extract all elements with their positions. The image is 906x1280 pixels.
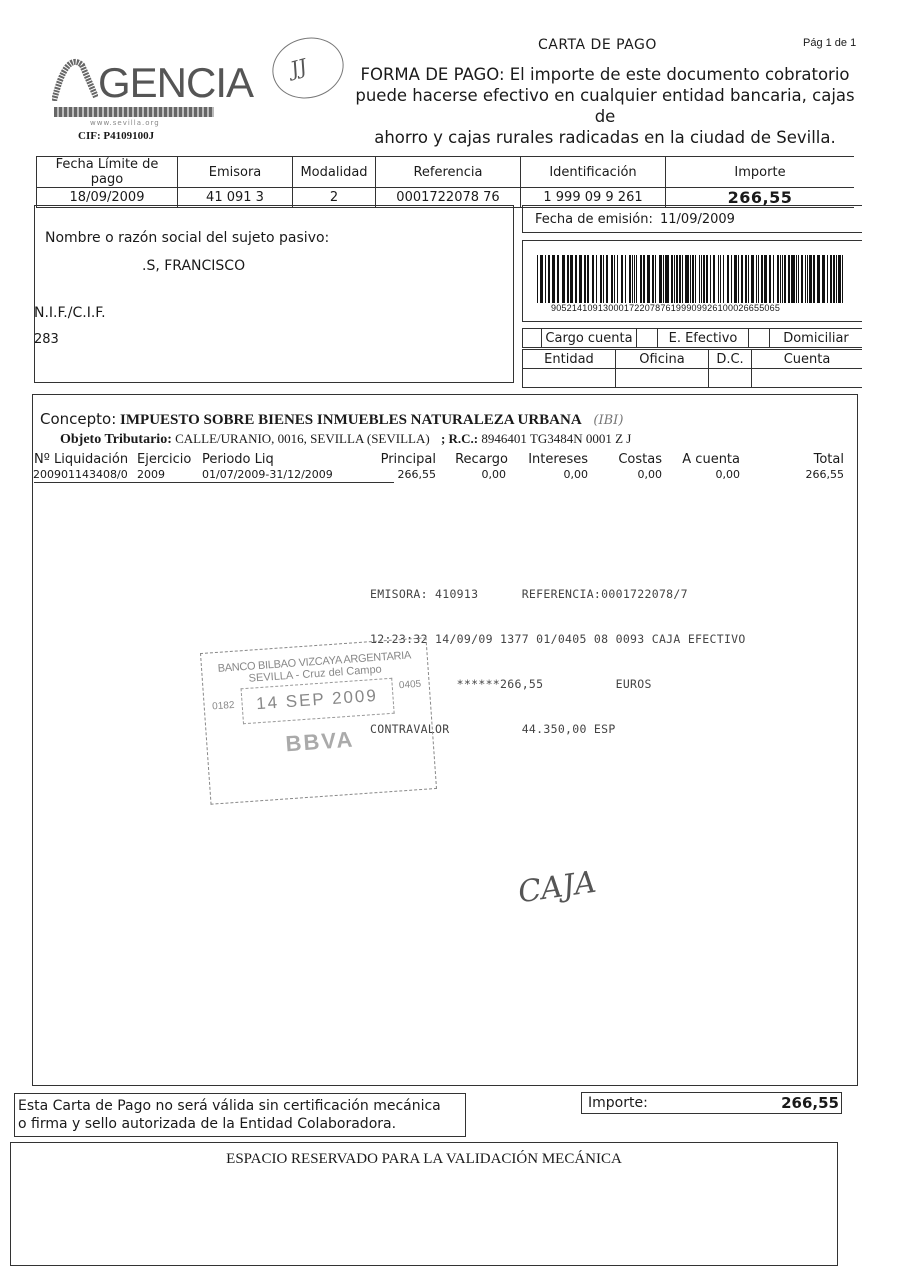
barcode-number: 9052141091300017220787619990992610002665… — [551, 303, 780, 313]
page-number: Pág 1 de 1 — [803, 37, 856, 49]
bbva-logo: BBVA — [207, 721, 433, 763]
concept-value: IMPUESTO SOBRE BIENES INMUEBLES NATURALE… — [120, 412, 582, 428]
reserved-space-label: ESPACIO RESERVADO PARA LA VALIDACIÓN MEC… — [11, 1151, 837, 1168]
taxpayer-name-label: Nombre o razón social del sujeto pasivo: — [45, 230, 329, 246]
liquidation-table: Nº Liquidación Ejercicio Periodo Liq Pri… — [34, 452, 846, 488]
efectivo-checkbox[interactable] — [637, 329, 658, 348]
account-table: Entidad Oficina D.C. Cuenta — [522, 349, 862, 388]
initials-circle: JJ — [265, 30, 350, 107]
importe-value: 266,55 — [781, 1094, 839, 1112]
nif-value: 283 — [34, 332, 59, 347]
emission-date-value: 11/09/2009 — [660, 212, 735, 227]
liquidation-underline — [34, 482, 394, 483]
payment-method-note: FORMA DE PAGO: El importe de este docume… — [345, 64, 865, 148]
summary-header-row: Fecha Límite de pago Emisora Modalidad R… — [37, 157, 855, 188]
summary-table: Fecha Límite de pago Emisora Modalidad R… — [36, 156, 854, 208]
cargo-cuenta-checkbox[interactable] — [523, 329, 542, 348]
rc-value: 8946401 TG3484N 0001 Z J — [481, 431, 631, 446]
initials-mark: JJ — [288, 54, 310, 81]
importe-label: Importe: — [588, 1095, 648, 1111]
logo-text: GENCIA — [98, 59, 253, 107]
concept-line: Concepto: IMPUESTO SOBRE BIENES INMUEBLE… — [40, 410, 623, 429]
cif: CIF: P4109100J — [78, 130, 154, 142]
nif-label: N.I.F./C.I.F. — [34, 305, 106, 321]
objeto-tributario-value: CALLE/URANIO, 0016, SEVILLA (SEVILLA) — [175, 431, 430, 446]
objeto-tributario-line: Objeto Tributario: CALLE/URANIO, 0016, S… — [60, 431, 631, 448]
handwritten-note: (IBI) — [593, 413, 623, 428]
validity-note-box: Esta Carta de Pago no será válida sin ce… — [14, 1093, 466, 1137]
barcode-box: 9052141091300017220787619990992610002665… — [522, 240, 862, 322]
payment-options-row: Cargo cuenta E. Efectivo Domiciliar — [523, 329, 863, 348]
logo-band — [54, 107, 214, 117]
importe-box: Importe: 266,55 — [581, 1092, 842, 1114]
oficina-field[interactable] — [616, 369, 709, 388]
domiciliar-checkbox[interactable] — [749, 329, 770, 348]
taxpayer-box: Nombre o razón social del sujeto pasivo:… — [34, 205, 514, 383]
mechanical-validation-box: ESPACIO RESERVADO PARA LA VALIDACIÓN MEC… — [10, 1142, 838, 1266]
entidad-field[interactable] — [523, 369, 616, 388]
dc-field[interactable] — [709, 369, 752, 388]
bank-stamp: BANCO BILBAO VIZCAYA ARGENTARIA SEVILLA … — [200, 637, 437, 804]
arch-logo-icon — [52, 57, 98, 101]
emission-date-label: Fecha de emisión: — [535, 212, 653, 227]
logo-url: www.sevilla.org — [90, 119, 160, 127]
cuenta-field[interactable] — [752, 369, 863, 388]
emission-date-box: Fecha de emisión: 11/09/2009 — [522, 205, 862, 233]
document-title: CARTA DE PAGO — [538, 37, 657, 53]
barcode — [537, 255, 847, 303]
payment-options-table: Cargo cuenta E. Efectivo Domiciliar — [522, 328, 862, 348]
taxpayer-name-value: .S, FRANCISCO — [142, 258, 245, 274]
